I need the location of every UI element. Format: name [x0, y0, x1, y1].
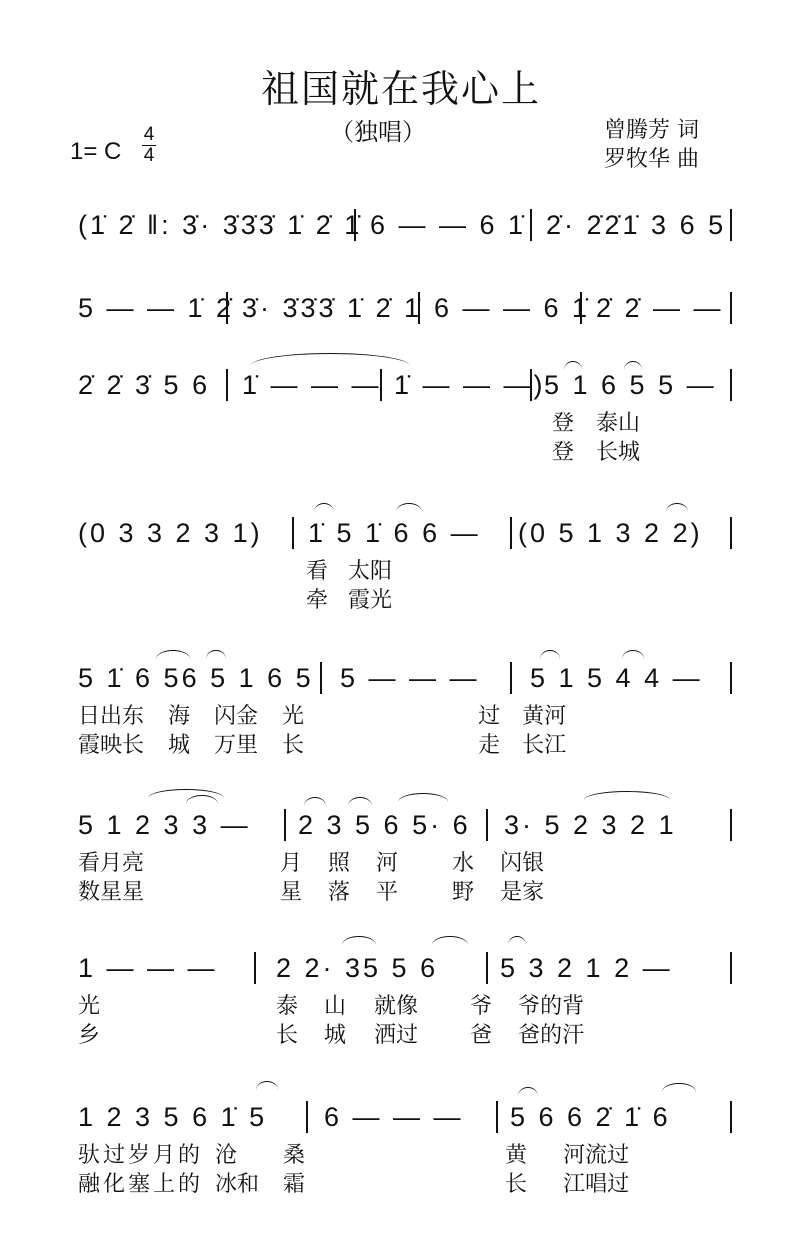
measure: (1̇ 2̇ ‖: 3̇· 3̇3̇3̇ 1̇ 2̇ 1̇ [78, 205, 362, 245]
barline [226, 369, 228, 401]
measure: 3̇· 3̇3̇3̇ 1̇ 2̇ 1̇ [242, 288, 422, 328]
barline [418, 292, 420, 324]
measure: 5 — — — [340, 658, 480, 698]
measure: 5 3 2 1 2 — [500, 948, 673, 988]
score-line-1: (1̇ 2̇ ‖: 3̇· 3̇3̇3̇ 1̇ 2̇ 1̇ 6 — — 6 1̇… [78, 205, 728, 245]
measure: (0 3 3 2 3 1) [78, 513, 263, 553]
barline [486, 809, 488, 841]
barline [580, 292, 582, 324]
barline [254, 952, 256, 984]
tie [314, 503, 334, 512]
lyric-verse-1: 光泰山就像爷爷的背 [78, 992, 584, 1021]
barline [730, 517, 732, 549]
measure: 5 1 2 3 3 — [78, 805, 251, 845]
tie [666, 503, 688, 512]
measure: 2̇ 2̇ — — [596, 288, 724, 328]
composer-credit: 罗牧华 曲 [604, 145, 699, 174]
barline [292, 517, 294, 549]
barline [226, 292, 228, 324]
measure: 5 1 6 5 5 — [544, 365, 717, 405]
measure: 1̇ 5 1̇ 6 6 — [308, 513, 481, 553]
lyric-verse-2: 牵霞光 [306, 586, 392, 615]
measure: 3· 5 2 3 2 1 [504, 805, 677, 845]
barline [510, 517, 512, 549]
slur [398, 793, 448, 802]
lyric-verse-1: 登泰山 [552, 409, 640, 438]
barline [730, 809, 732, 841]
tie [432, 936, 468, 945]
lyric-verse-1: 看太阳 [306, 557, 392, 586]
measure: 5 1 5 4 4 — [530, 658, 703, 698]
slur [584, 791, 670, 800]
score-line-6: 5 1 2 3 3 — 2 3 5 6 5· 6 3· 5 2 3 2 1 看月… [78, 805, 728, 845]
barline [354, 209, 356, 241]
score-line-8: 1 2 3 5 6 1̇ 5 6 — — — 5 6 6 2̇ 1̇ 6 驮过岁… [78, 1097, 728, 1137]
measure: (0 5 1 3 2 2) [518, 513, 703, 553]
measure: 6 — — — [324, 1097, 464, 1137]
score-line-3: 2̇ 2̇ 3̇ 5 6 1̇ — — — 1̇ — — —) 5 1 6 5 … [78, 365, 728, 405]
measure: 2̇ 2̇ 3̇ 5 6 [78, 365, 210, 405]
lyric-verse-1: 看月亮月照河水闪银 [78, 849, 544, 878]
barline [306, 1101, 308, 1133]
score-line-5: 5 1̇ 6 56 5 1 6 5 5 — — — 5 1 5 4 4 — 日出… [78, 658, 728, 698]
lyric-verse-2: 数星星星落平野是家 [78, 878, 544, 907]
barline [320, 662, 322, 694]
score-line-2: 5 — — 1̇ 2̇ 3̇· 3̇3̇3̇ 1̇ 2̇ 1̇ 6 — — 6 … [78, 288, 728, 328]
tie [256, 1081, 278, 1090]
measure: 2 2· 35 5 6 [276, 948, 438, 988]
performance-type: （独唱） [330, 112, 426, 147]
lyric-verse-1: 日出东海闪金光过黄河 [78, 702, 566, 731]
barline [380, 369, 382, 401]
measure: 5 6 6 2̇ 1̇ 6 [510, 1097, 671, 1137]
time-denominator: 4 [144, 145, 155, 166]
barline [510, 662, 512, 694]
barline [730, 1101, 732, 1133]
tie [508, 936, 526, 945]
measure: 6 — — 6 1̇ [434, 288, 590, 328]
measure: 2̇· 2̇2̇1̇ 3 6 5 [546, 205, 726, 245]
credits: 曾腾芳 词 罗牧华 曲 [604, 116, 699, 174]
barline [730, 662, 732, 694]
lyric-verse-2: 登长城 [552, 438, 640, 467]
measure: 1 — — — [78, 948, 218, 988]
barline [284, 809, 286, 841]
lyric-verse-2: 融化塞上的冰和霜长江唱过 [78, 1170, 629, 1199]
tie [342, 936, 376, 945]
measure: 1 2 3 5 6 1̇ 5 [78, 1097, 267, 1137]
barline [486, 952, 488, 984]
barline [530, 209, 532, 241]
barline [730, 292, 732, 324]
tie [662, 1083, 696, 1092]
lyric-verse-1: 驮过岁月的沧桑黄河流过 [78, 1141, 629, 1170]
measure: 6 — — 6 1̇ [370, 205, 526, 245]
barline [496, 1101, 498, 1133]
tie [518, 1087, 538, 1096]
barline [730, 209, 732, 241]
score-line-4: (0 3 3 2 3 1) 1̇ 5 1̇ 6 6 — (0 5 1 3 2 2… [78, 513, 728, 553]
measure: 5 1̇ 6 56 5 1 6 5 [78, 658, 314, 698]
measure: 5 — — 1̇ 2̇ [78, 288, 234, 328]
barline [730, 369, 732, 401]
measure: 2 3 5 6 5· 6 [298, 805, 471, 845]
key-signature: 1= C [70, 138, 121, 166]
score-line-7: 1 — — — 2 2· 35 5 6 5 3 2 1 2 — 光泰山就像爷爷的… [78, 948, 728, 988]
time-numerator: 4 [144, 124, 155, 145]
lyric-verse-2: 乡长城洒过爸爸的汗 [78, 1021, 584, 1050]
barline [730, 952, 732, 984]
time-signature: 4 4 [142, 126, 156, 165]
tie [396, 503, 422, 512]
measure: 1̇ — — — [242, 365, 382, 405]
lyricist-credit: 曾腾芳 词 [604, 116, 699, 145]
lyric-verse-2: 霞映长城万里长走长江 [78, 731, 566, 760]
barline [530, 369, 532, 401]
song-title: 祖国就在我心上 [0, 58, 802, 113]
measure: 1̇ — — —) [394, 365, 546, 405]
